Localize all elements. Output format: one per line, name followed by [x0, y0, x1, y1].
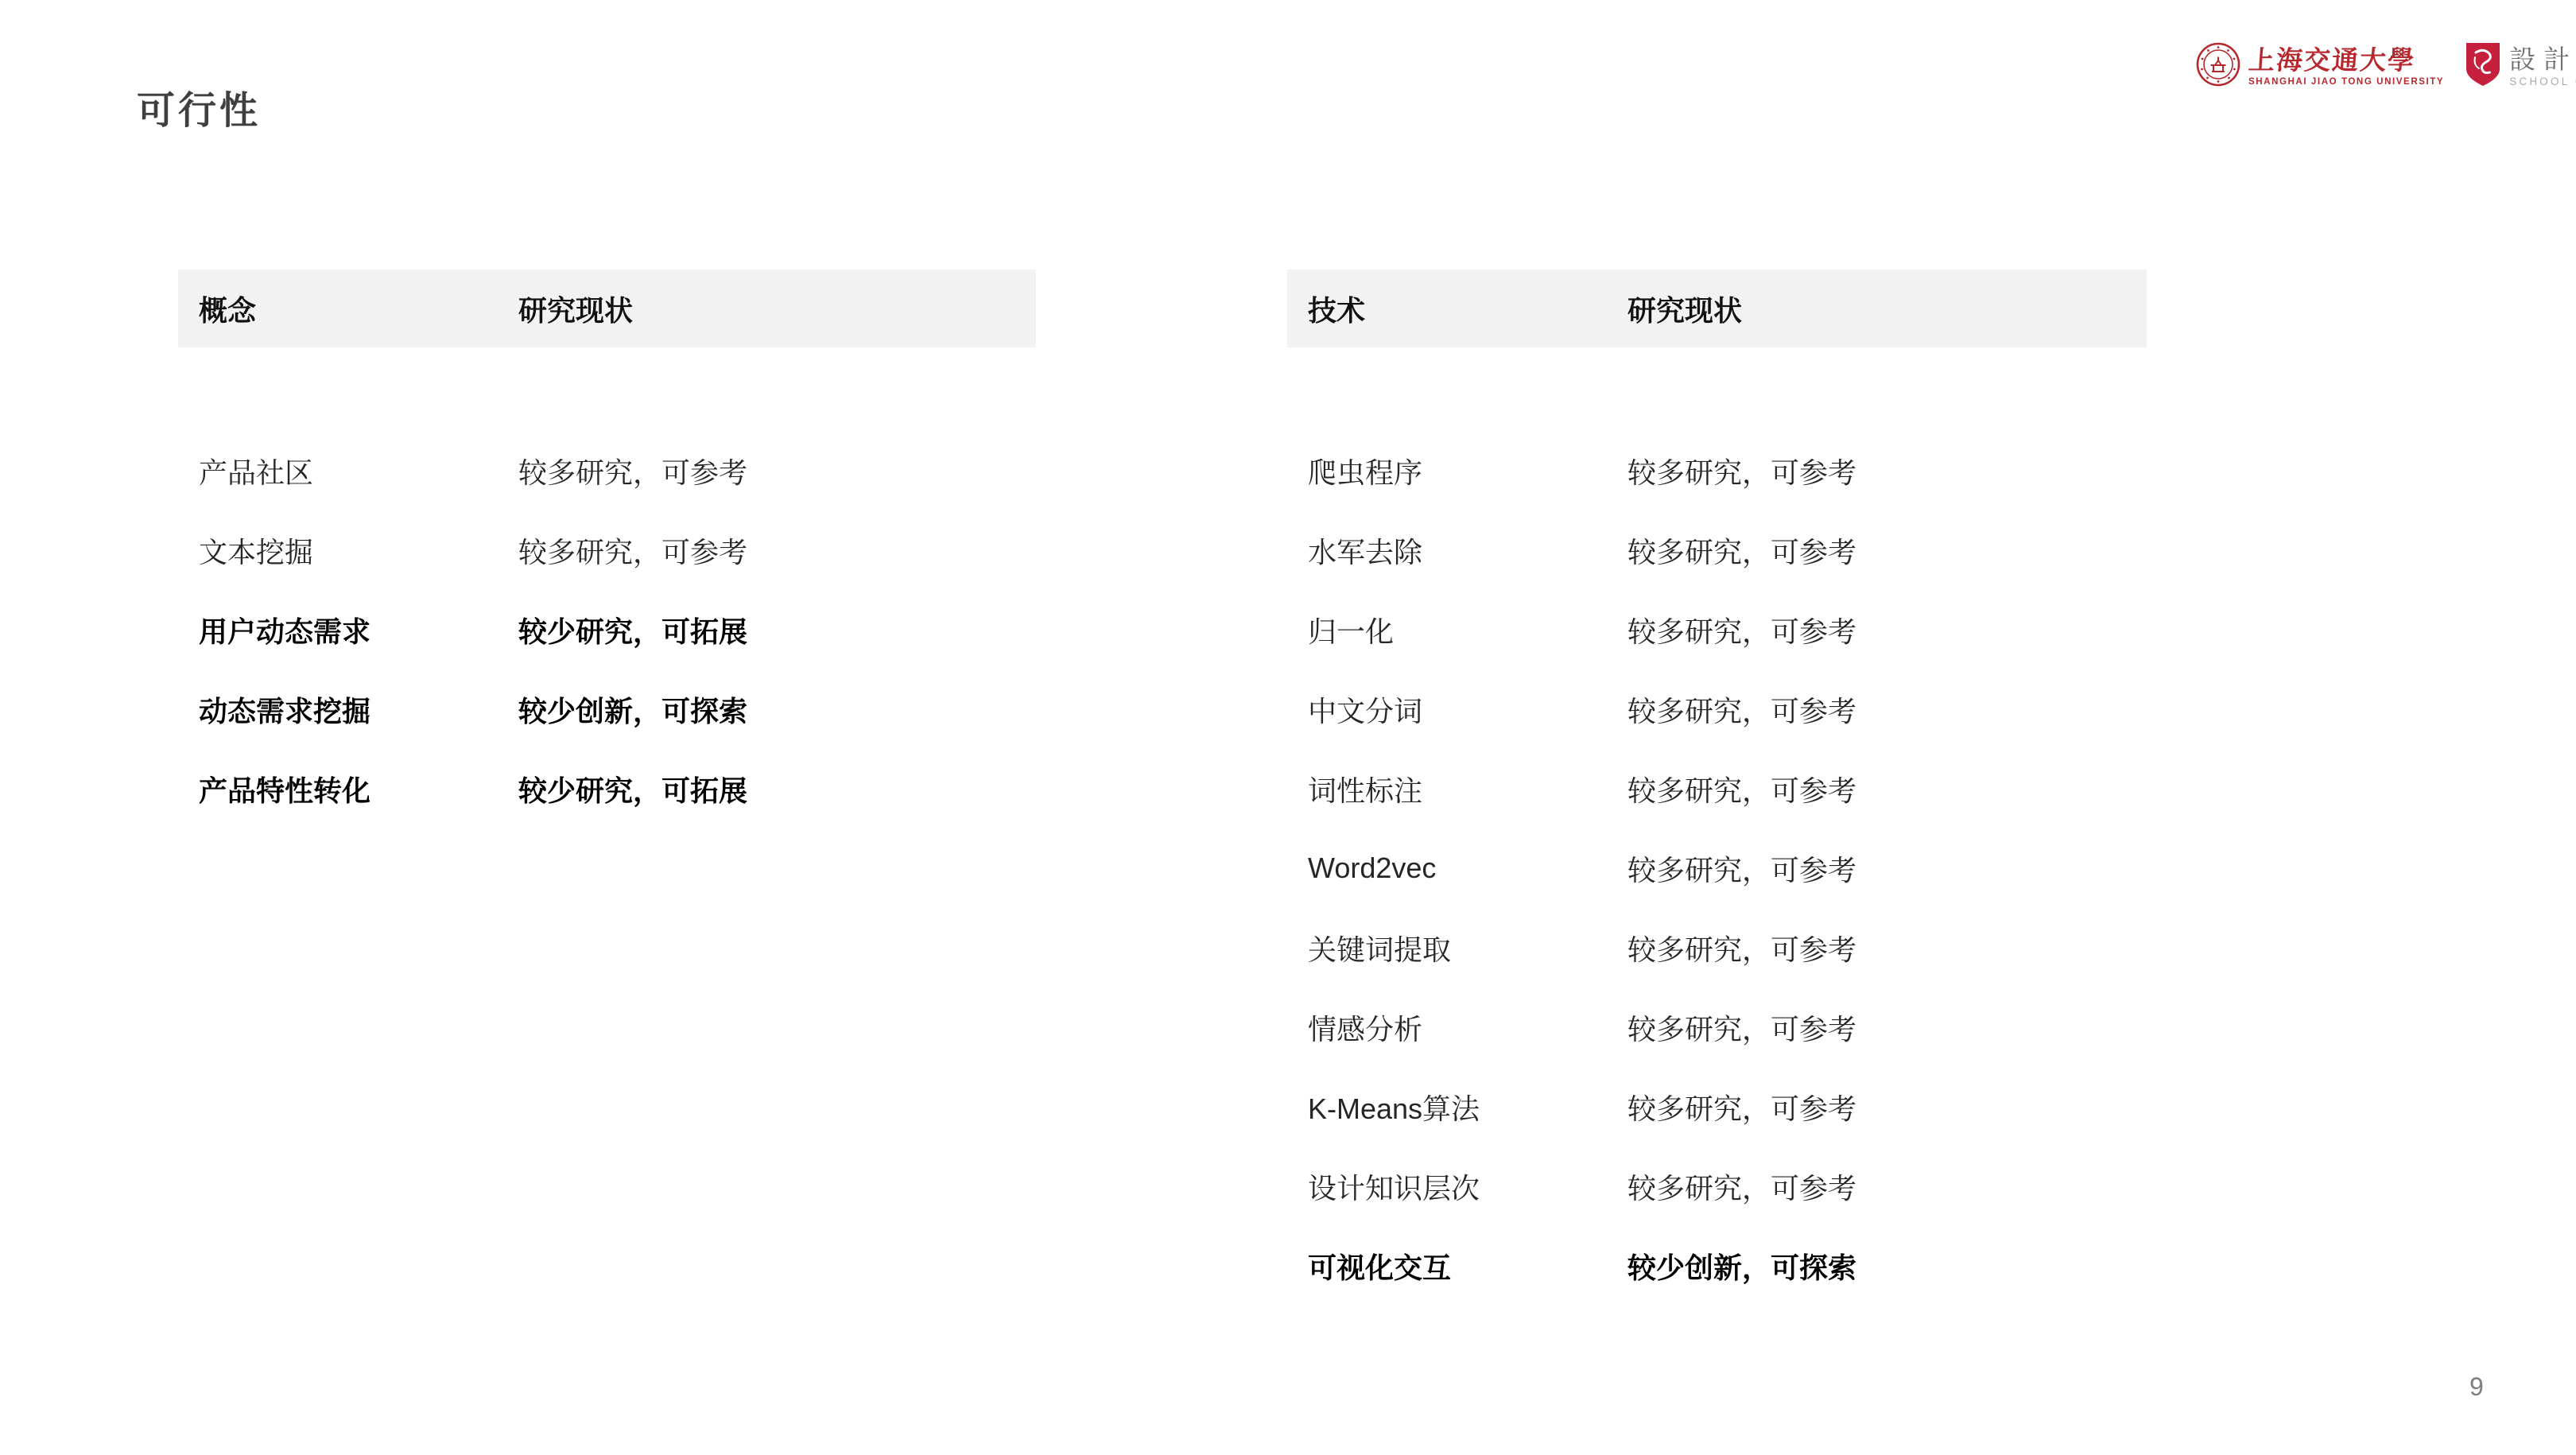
technology-header-col2: 研究现状 — [1627, 289, 2147, 329]
row-status: 较多研究，可参考 — [1627, 1166, 2147, 1207]
design-school-name-zh: 設計學院 — [2509, 46, 2576, 72]
row-status: 较多研究，可参考 — [518, 451, 1036, 491]
table-row: 可视化交互 较少创新，可探索 — [1287, 1226, 2147, 1306]
table-row: 中文分词 较多研究，可参考 — [1287, 669, 2147, 749]
concept-table-header: 概念 研究现状 — [178, 270, 1036, 347]
design-school-shield-icon — [2465, 41, 2501, 91]
row-label: 用户动态需求 — [178, 610, 518, 650]
table-row: Word2vec 较多研究，可参考 — [1287, 828, 2147, 908]
row-label: 归一化 — [1287, 610, 1627, 650]
technology-table-header: 技术 研究现状 — [1287, 270, 2147, 347]
row-status: 较多研究，可参考 — [1627, 1007, 2147, 1048]
row-status: 较多研究，可参考 — [1627, 769, 2147, 809]
row-status: 较少研究，可拓展 — [518, 769, 1036, 809]
row-label: 产品社区 — [178, 451, 518, 491]
table-row: 用户动态需求 较少研究，可拓展 — [178, 590, 1036, 669]
table-row: 爬虫程序 较多研究，可参考 — [1287, 431, 2147, 510]
table-row: 水军去除 较多研究，可参考 — [1287, 510, 2147, 590]
page-title: 可行性 — [137, 80, 261, 134]
table-row: 关键词提取 较多研究，可参考 — [1287, 908, 2147, 987]
sjtu-logo-name-en: SHANGHAI JIAO TONG UNIVERSITY — [2248, 77, 2444, 87]
sjtu-seal-icon — [2196, 41, 2240, 91]
row-label: 动态需求挖掘 — [178, 689, 518, 730]
table-row: 文本挖掘 较多研究，可参考 — [178, 510, 1036, 590]
technology-table-rows: 爬虫程序 较多研究，可参考 水军去除 较多研究，可参考 归一化 较多研究，可参考… — [1287, 431, 2147, 1306]
row-status: 较多研究，可参考 — [1627, 848, 2147, 889]
row-label: 水军去除 — [1287, 530, 1627, 571]
row-label: 可视化交互 — [1287, 1246, 1627, 1286]
table-row: 归一化 较多研究，可参考 — [1287, 590, 2147, 669]
row-status: 较多研究，可参考 — [1627, 928, 2147, 968]
row-label: 设计知识层次 — [1287, 1166, 1627, 1207]
page-number: 9 — [2469, 1372, 2484, 1402]
row-status: 较少研究，可拓展 — [518, 610, 1036, 650]
row-status: 较多研究，可参考 — [1627, 451, 2147, 491]
row-status: 较多研究，可参考 — [1627, 610, 2147, 650]
row-label: Word2vec — [1287, 852, 1627, 885]
row-status: 较多研究，可参考 — [1627, 530, 2147, 571]
header-logos: 上海交通大學 SHANGHAI JIAO TONG UNIVERSITY 設計學… — [2196, 41, 2576, 91]
technology-table: 技术 研究现状 爬虫程序 较多研究，可参考 水军去除 较多研究，可参考 归一化 … — [1287, 270, 2147, 1306]
sjtu-logo: 上海交通大學 SHANGHAI JIAO TONG UNIVERSITY — [2196, 41, 2444, 91]
row-label: 词性标注 — [1287, 769, 1627, 809]
table-row: 设计知识层次 较多研究，可参考 — [1287, 1147, 2147, 1226]
table-row: 情感分析 较多研究，可参考 — [1287, 987, 2147, 1067]
row-status: 较少创新，可探索 — [518, 689, 1036, 730]
row-label: 爬虫程序 — [1287, 451, 1627, 491]
row-status: 较多研究，可参考 — [518, 530, 1036, 571]
row-status: 较多研究，可参考 — [1627, 1087, 2147, 1127]
concept-table-rows: 产品社区 较多研究，可参考 文本挖掘 较多研究，可参考 用户动态需求 较少研究，… — [178, 431, 1036, 828]
design-school-logo: 設計學院 SCHOOL OF DESIGN — [2465, 41, 2576, 91]
row-label: 情感分析 — [1287, 1007, 1627, 1048]
table-row: K-Means算法 较多研究，可参考 — [1287, 1067, 2147, 1147]
table-row: 产品社区 较多研究，可参考 — [178, 431, 1036, 510]
row-label: 关键词提取 — [1287, 928, 1627, 968]
slide: 可行性 — [0, 0, 2576, 1455]
concept-table: 概念 研究现状 产品社区 较多研究，可参考 文本挖掘 较多研究，可参考 用户动态… — [178, 270, 1036, 828]
row-label: 产品特性转化 — [178, 769, 518, 809]
row-label: K-Means算法 — [1287, 1087, 1627, 1127]
design-school-name-en: SCHOOL OF DESIGN — [2509, 76, 2576, 87]
concept-header-col1: 概念 — [178, 289, 518, 329]
row-label: 中文分词 — [1287, 689, 1627, 730]
sjtu-logo-name-zh: 上海交通大學 — [2248, 47, 2416, 73]
table-row: 产品特性转化 较少研究，可拓展 — [178, 749, 1036, 828]
row-label: 文本挖掘 — [178, 530, 518, 571]
table-row: 词性标注 较多研究，可参考 — [1287, 749, 2147, 828]
table-row: 动态需求挖掘 较少创新，可探索 — [178, 669, 1036, 749]
row-status: 较多研究，可参考 — [1627, 689, 2147, 730]
technology-header-col1: 技术 — [1287, 289, 1627, 329]
concept-header-col2: 研究现状 — [518, 289, 1036, 329]
row-status: 较少创新，可探索 — [1627, 1246, 2147, 1286]
